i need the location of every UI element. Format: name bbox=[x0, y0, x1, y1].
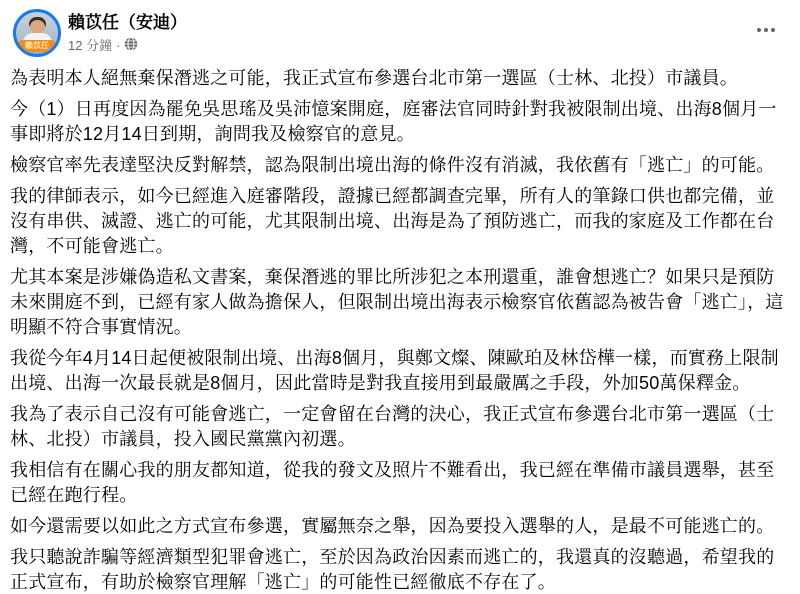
post-paragraph: 檢察官率先表達堅決反對解禁，認為限制出境出海的條件沒有消滅，我依舊有「逃亡」的可… bbox=[10, 153, 790, 178]
ellipsis-icon bbox=[757, 28, 761, 32]
header-info: 賴苡任（安迪） 12 分鐘 · bbox=[68, 9, 187, 55]
globe-privacy-icon bbox=[124, 37, 138, 55]
post-paragraph: 為表明本人絕無棄保潛逃之可能，我正式宣布參選台北市第一選區（士林、北投）市議員。 bbox=[10, 66, 790, 91]
post-paragraph: 我的律師表示，如今已經進入庭審階段，證據已經都調查完畢，所有人的筆錄口供也都完備… bbox=[10, 184, 790, 259]
more-options-button[interactable] bbox=[750, 18, 782, 42]
meta-separator: · bbox=[116, 37, 120, 54]
post-paragraph: 我從今年4月14日起便被限制出境、出海8個月，與鄭文燦、陳歐珀及林岱樺一樣，而實… bbox=[10, 346, 790, 396]
post-paragraph: 尤其本案是涉嫌偽造私文書案，棄保潛逃的罪比所涉犯之本刑還重，誰會想逃亡？如果只是… bbox=[10, 265, 790, 340]
avatar-name-banner: 賴苡任 bbox=[17, 40, 57, 52]
facebook-post: 賴苡任 賴苡任（安迪） 12 分鐘 · bbox=[0, 0, 800, 594]
post-paragraph: 今（1）日再度因為罷免吳思瑤及吳沛憶案開庭，庭審法官同時針對我被限制出境、出海8… bbox=[10, 97, 790, 147]
post-header: 賴苡任 賴苡任（安迪） 12 分鐘 · bbox=[0, 0, 800, 57]
post-meta: 12 分鐘 · bbox=[68, 36, 187, 55]
avatar-face bbox=[30, 20, 45, 34]
post-timestamp[interactable]: 12 分鐘 bbox=[68, 37, 112, 54]
post-body: 為表明本人絕無棄保潛逃之可能，我正式宣布參選台北市第一選區（士林、北投）市議員。… bbox=[0, 66, 800, 594]
post-paragraph: 如今還需要以如此之方式宣布參選，實屬無奈之舉，因為要投入選舉的人，是最不可能逃亡… bbox=[10, 514, 790, 539]
post-paragraph: 我只聽說詐騙等經濟類型犯罪會逃亡，至於因為政治因素而逃亡的，我還真的沒聽過，希望… bbox=[10, 545, 790, 594]
avatar[interactable]: 賴苡任 bbox=[13, 9, 61, 57]
post-paragraph: 我為了表示自己沒有可能會逃亡，一定會留在台灣的決心，我正式宣布參選台北市第一選區… bbox=[10, 402, 790, 452]
post-paragraph: 我相信有在關心我的朋友都知道，從我的發文及照片不難看出，我已經在準備市議員選舉，… bbox=[10, 458, 790, 508]
author-name[interactable]: 賴苡任（安迪） bbox=[68, 12, 187, 34]
